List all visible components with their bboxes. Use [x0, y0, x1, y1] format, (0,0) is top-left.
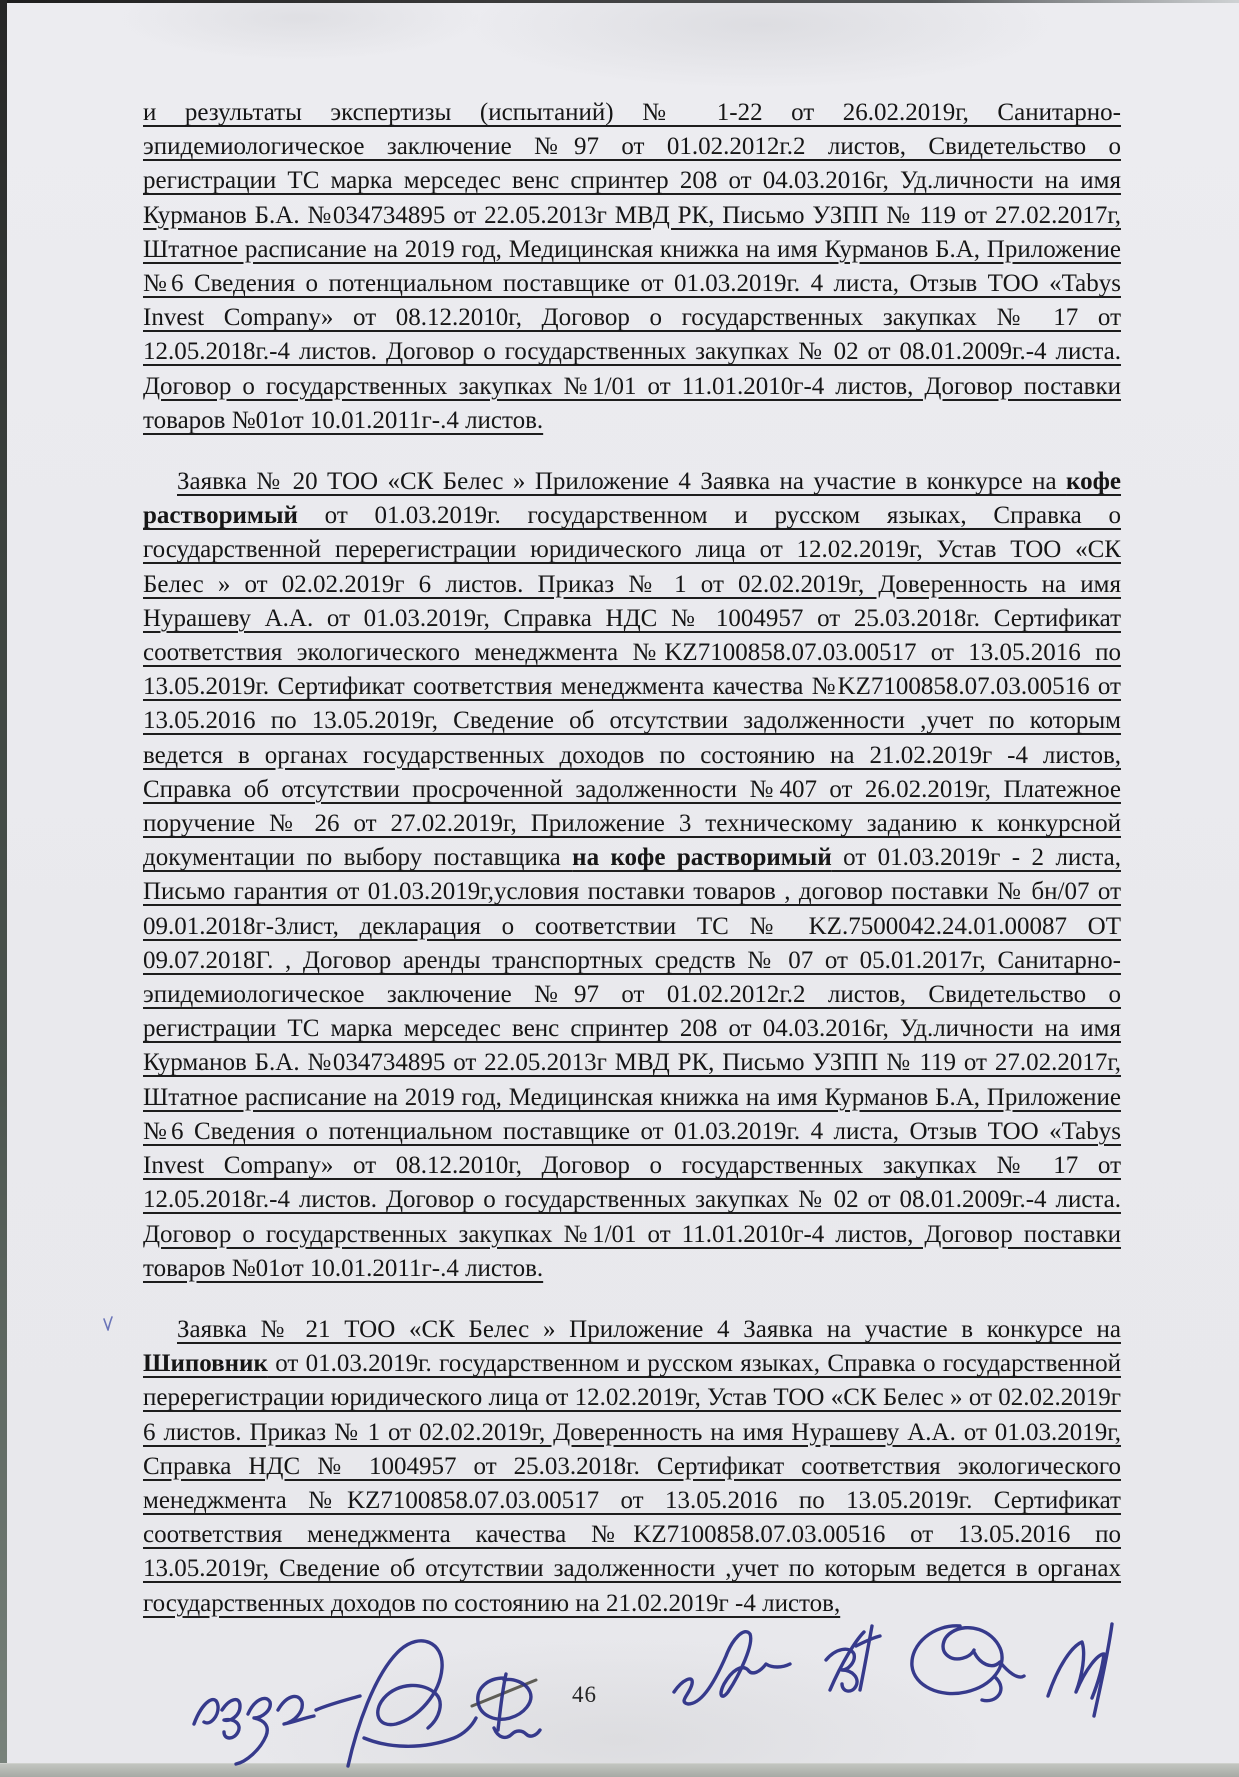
paragraph-text: и результаты экспертизы (испытаний) № 1-… [143, 99, 1121, 434]
paragraph-application-21: Заявка № 21 ТОО «СК Белес » Приложение 4… [143, 1313, 1121, 1621]
paragraph-continuation: и результаты экспертизы (испытаний) № 1-… [143, 96, 1121, 438]
signature-7 [1038, 1616, 1138, 1732]
document-text: и результаты экспертизы (испытаний) № 1-… [143, 96, 1121, 1621]
paragraph-text: от 01.03.2019г. государственном и русско… [143, 1350, 1121, 1616]
paragraph-text: от 01.03.2019г. государственном и русско… [143, 502, 1121, 871]
signature-3 [458, 1668, 558, 1756]
scan-edge-left [0, 0, 7, 1777]
signature-6 [896, 1608, 1032, 1718]
signature-4 [666, 1616, 812, 1726]
margin-mark [100, 1315, 118, 1335]
scan-edge-top [0, 0, 1239, 3]
signature-1 [186, 1666, 328, 1770]
scanned-document-page: и результаты экспертизы (испытаний) № 1-… [0, 0, 1239, 1777]
bold-lot-name: на кофе растворимый [572, 844, 832, 871]
bold-lot-name: Шиповник [143, 1350, 268, 1377]
paragraph-application-20: Заявка № 20 ТОО «СК Белес » Приложение 4… [143, 465, 1121, 1286]
paragraph-text: Заявка № 20 ТОО «СК Белес » Приложение 4… [177, 468, 1066, 495]
paragraph-text: от 01.03.2019г - 2 листа, Письмо гаранти… [143, 844, 1121, 1281]
paragraph-text: Заявка № 21 ТОО «СК Белес » Приложение 4… [177, 1316, 1121, 1343]
page-number: 46 [572, 1682, 597, 1708]
